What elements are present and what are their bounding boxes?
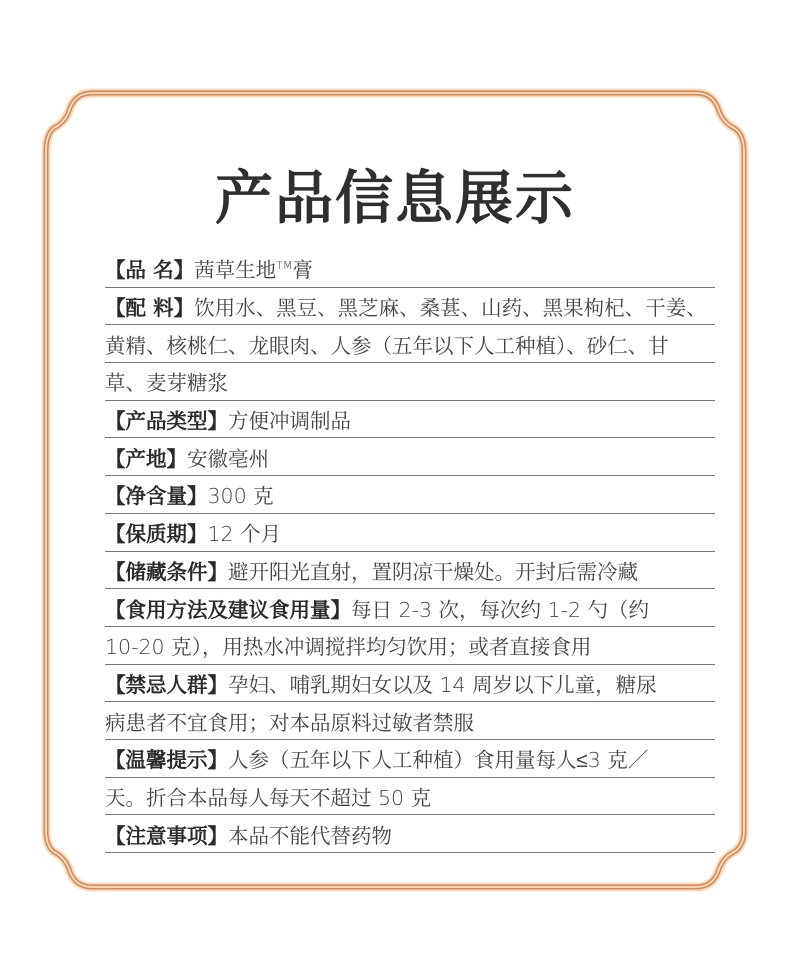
row-value: 草、麦芽糖浆 [105,366,228,396]
info-row-product-type: 【产品类型】方便冲调制品 [105,401,715,439]
row-value: 本品不能代替药物 [228,819,392,849]
row-label: 【保质期】 [105,517,208,547]
row-label: 【温馨提示】 [105,743,228,773]
row-label: 【产品类型】 [105,404,228,434]
info-row-origin: 【产地】安徽亳州 [105,438,715,476]
row-value: 天。折合本品每人每天不超过 50 克 [105,781,431,811]
row-label: 【注意事项】 [105,819,228,849]
info-row-usage: 【食用方法及建议食用量】每日 2-3 次，每次约 1-2 勺（约 [105,589,715,627]
info-row-net-content: 【净含量】300 克 [105,476,715,514]
row-value: 避开阳光直射，置阴凉干燥处。开封后需冷藏 [228,555,638,585]
row-value: 10-20 克），用热水冲调搅拌均匀饮用；或者直接食用 [105,630,591,660]
row-label: 【净含量】 [105,479,208,509]
info-row-notes: 【注意事项】本品不能代替药物 [105,815,715,853]
info-row-contraindications-cont: 病患者不宜食用；对本品原料过敏者禁服 [105,702,715,740]
info-row-tips-cont: 天。折合本品每人每天不超过 50 克 [105,778,715,816]
product-info-list: 【品 名】茜草生地TM 膏 【配 料】饮用水、黑豆、黑芝麻、桑葚、山药、黑果枸杞… [105,250,715,853]
page-title: 产品信息展示 [0,160,790,236]
info-row-ingredients: 【配 料】饮用水、黑豆、黑芝麻、桑葚、山药、黑果枸杞、干姜、 [105,288,715,326]
info-row-storage: 【储藏条件】避开阳光直射，置阴凉干燥处。开封后需冷藏 [105,552,715,590]
row-value: 300 克 [208,479,274,509]
row-value: 饮用水、黑豆、黑芝麻、桑葚、山药、黑果枸杞、干姜、 [194,291,707,321]
info-row-tips: 【温馨提示】人参（五年以下人工种植）食用量每人≤3 克／ [105,740,715,778]
row-value: 安徽亳州 [187,442,269,472]
row-label: 【食用方法及建议食用量】 [105,593,351,623]
info-row-usage-cont: 10-20 克），用热水冲调搅拌均匀饮用；或者直接食用 [105,627,715,665]
row-label: 【产地】 [105,442,187,472]
row-value-suffix: 膏 [292,253,313,283]
info-row-product-name: 【品 名】茜草生地TM 膏 [105,250,715,288]
row-value: 孕妇、哺乳期妇女以及 14 周岁以下儿童，糖尿 [228,668,657,698]
row-label: 【储藏条件】 [105,555,228,585]
row-value: 方便冲调制品 [228,404,351,434]
row-label: 【禁忌人群】 [105,668,228,698]
info-row-ingredients-cont: 草、麦芽糖浆 [105,363,715,401]
row-value: 人参（五年以下人工种植）食用量每人≤3 克／ [228,743,648,773]
row-label: 【品 名】 [105,253,194,283]
row-label: 【配 料】 [105,291,194,321]
row-value: 12 个月 [208,517,282,547]
info-row-ingredients-cont: 黄精、核桃仁、龙眼肉、人参（五年以下人工种植）、砂仁、甘 [105,325,715,363]
row-value: 茜草生地 [194,253,276,283]
row-value: 每日 2-3 次，每次约 1-2 勺（约 [351,593,649,623]
info-row-shelf-life: 【保质期】12 个月 [105,514,715,552]
row-value: 黄精、核桃仁、龙眼肉、人参（五年以下人工种植）、砂仁、甘 [105,329,669,359]
row-value: 病患者不宜食用；对本品原料过敏者禁服 [105,706,474,736]
info-row-contraindications: 【禁忌人群】孕妇、哺乳期妇女以及 14 周岁以下儿童，糖尿 [105,665,715,703]
